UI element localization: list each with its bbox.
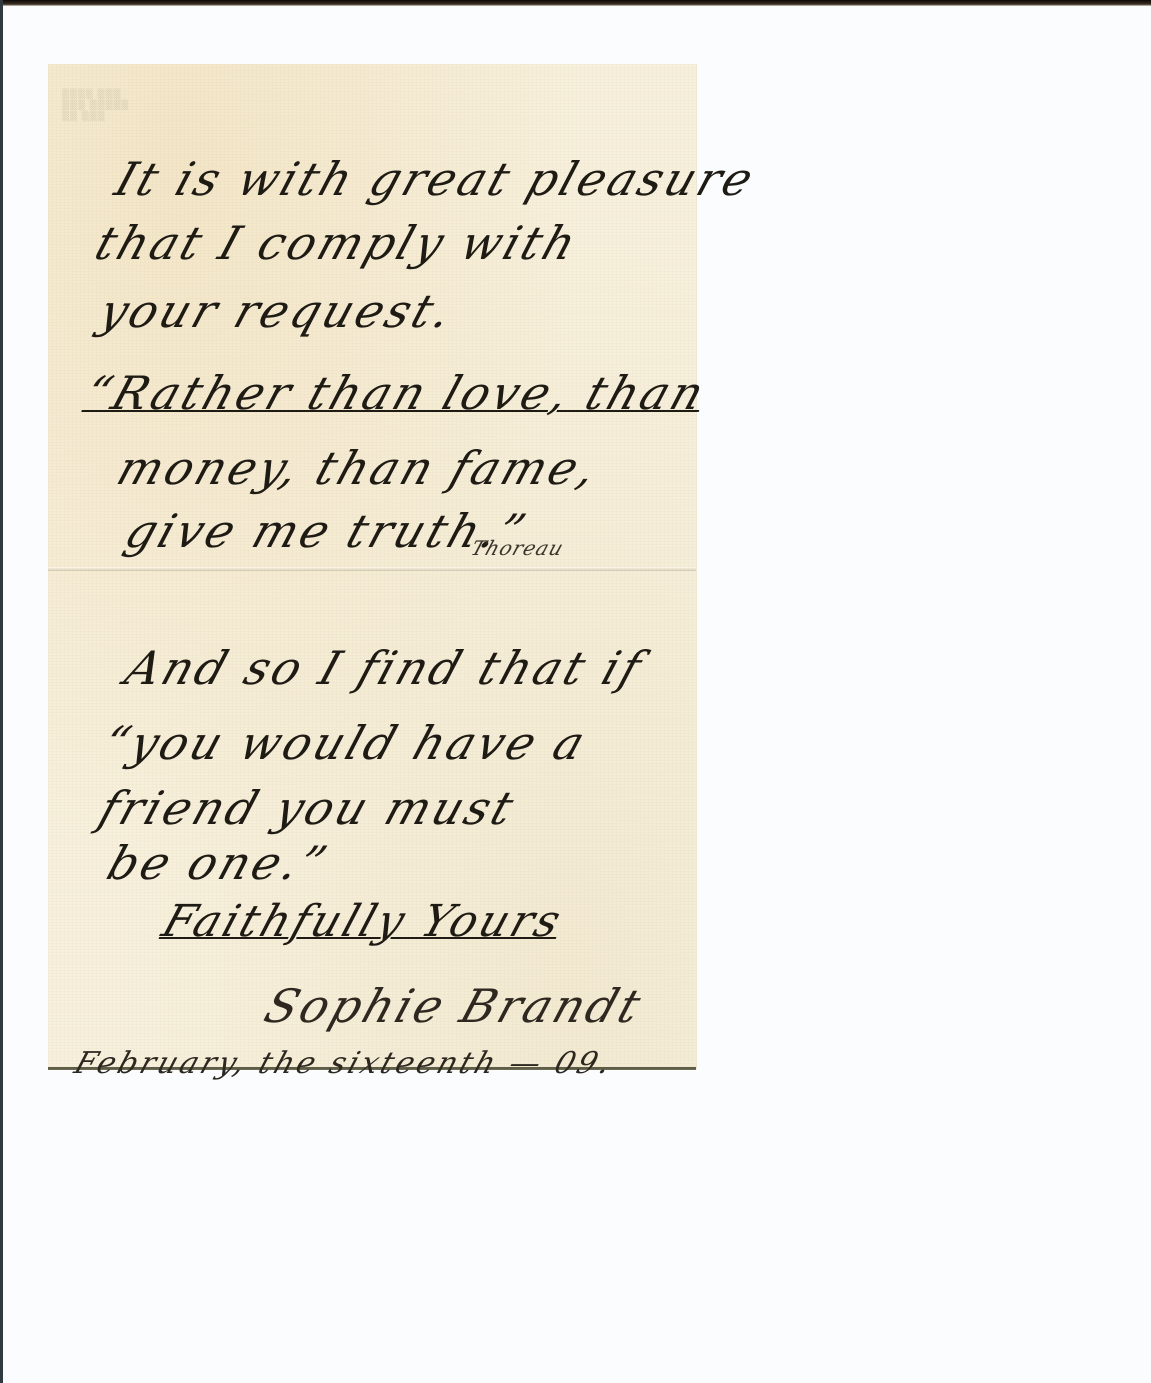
signature: Sophie Brandt — [258, 979, 650, 1033]
letter-date: February, the sixteenth — 09. — [70, 1046, 618, 1081]
letter-line-10: be one.” — [100, 834, 337, 892]
letter-line-8: “you would have a — [96, 714, 595, 772]
fold-crease — [48, 567, 696, 571]
quote-line-1: “Rather than love, than — [78, 364, 714, 422]
scan-left-edge — [0, 0, 3, 1383]
letter-line-7: And so I find that if — [118, 639, 651, 697]
quote-line-2: money, than fame, — [110, 439, 607, 497]
letter-line-3: your request. — [92, 282, 462, 340]
letter-closing: Faithfully Yours — [156, 896, 570, 947]
letter-line-1: It is with great pleasure — [108, 150, 763, 208]
letter-line-9: friend you must — [92, 779, 524, 837]
bleed-through-print: ▒▒▒▒ ▒▒▒▒▒▒ ▒▒▒▒▒▒▒ ▒▒▒ — [62, 90, 129, 123]
quote-attribution: Thoreau — [468, 536, 567, 560]
scan-top-edge — [0, 0, 1151, 6]
letter-sheet: ▒▒▒▒ ▒▒▒▒▒▒ ▒▒▒▒▒▒▒ ▒▒▒ It is with great… — [48, 64, 696, 1069]
letter-line-2: that I comply with — [88, 214, 586, 272]
